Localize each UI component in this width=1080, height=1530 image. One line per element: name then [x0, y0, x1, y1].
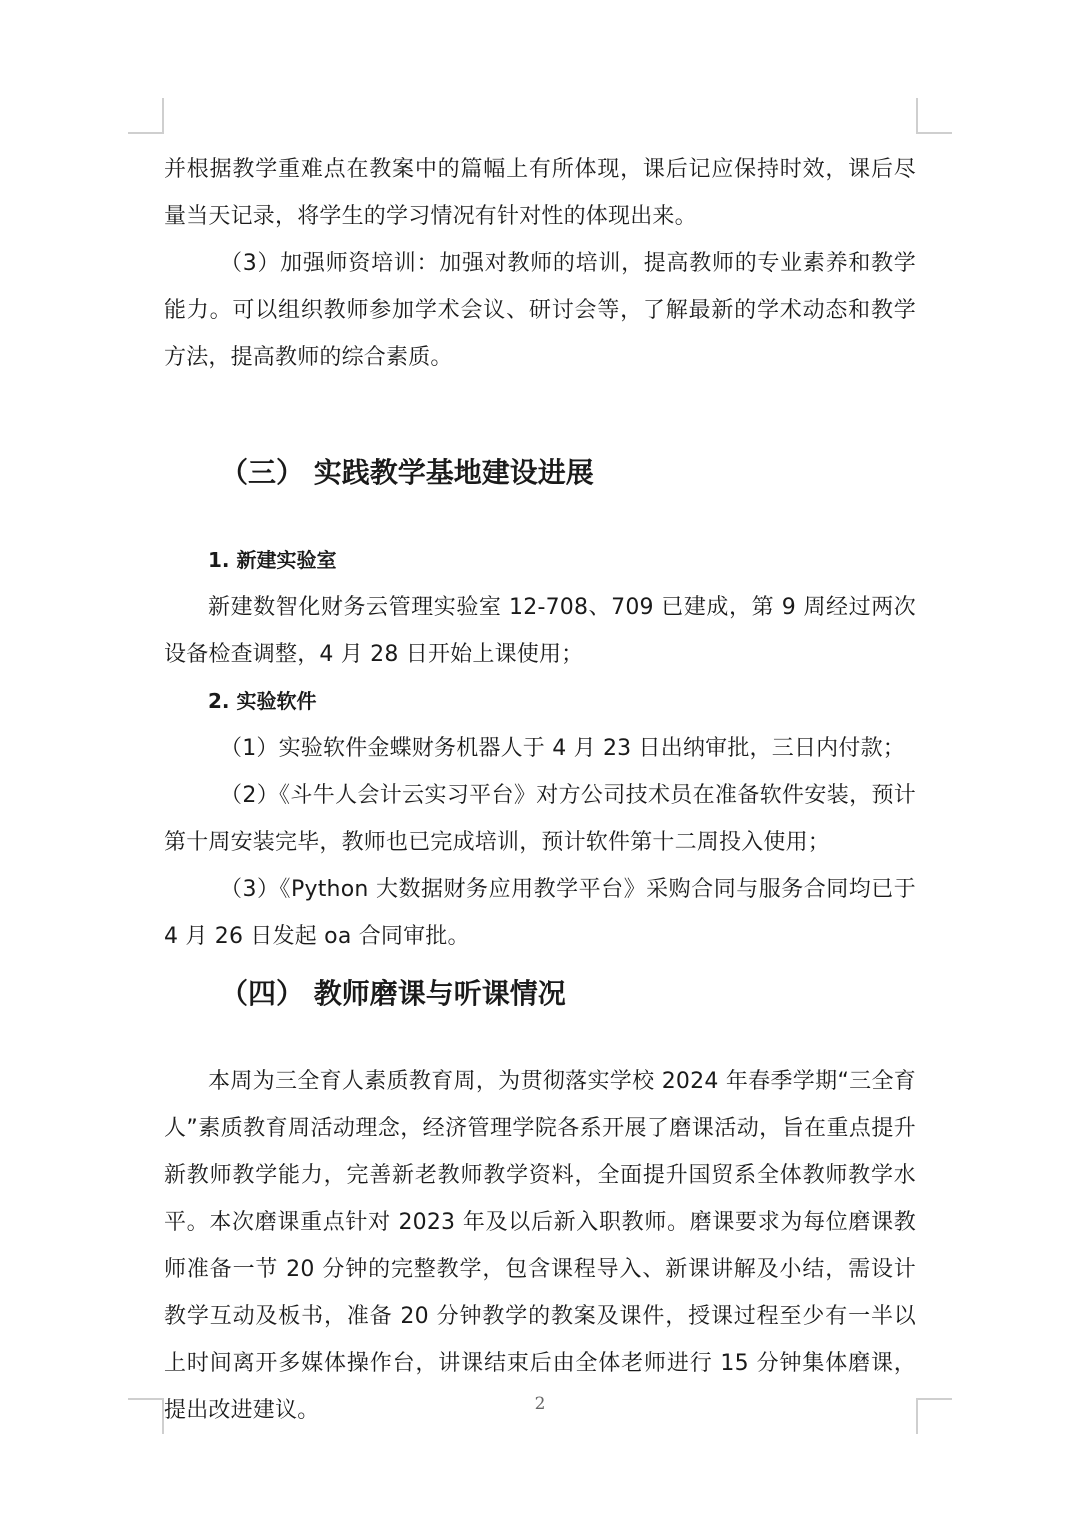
teacher-training-paragraph: （3）加强师资培训：加强对教师的培训，提高教师的专业素养和教学能力。可以组织教师… — [164, 240, 916, 381]
software-item-2: （2）《斗牛人会计云实习平台》对方公司技术员在准备软件安装，预计第十周安装完毕，… — [164, 772, 916, 866]
subsection-new-lab-heading: 1. 新建实验室 — [164, 537, 916, 584]
crop-mark-top-right — [916, 98, 952, 134]
new-lab-paragraph: 新建数智化财务云管理实验室 12-708、709 已建成，第 9 周经过两次设备… — [164, 584, 916, 678]
section-4-heading: （四） 教师磨课与听课情况 — [164, 974, 916, 1014]
page-content: 并根据教学重难点在教案中的篇幅上有所体现，课后记应保持时效，课后尽量当天记录，将… — [164, 146, 916, 1434]
software-item-3: （3）《Python 大数据财务应用教学平台》采购合同与服务合同均已于 4 月 … — [164, 866, 916, 960]
crop-mark-top-left — [128, 98, 164, 134]
continuation-paragraph: 并根据教学重难点在教案中的篇幅上有所体现，课后记应保持时效，课后尽量当天记录，将… — [164, 146, 916, 240]
lesson-polishing-paragraph: 本周为三全育人素质教育周，为贯彻落实学校 2024 年春季学期“三全育人”素质教… — [164, 1058, 916, 1434]
page-number: 2 — [0, 1394, 1080, 1414]
software-item-1: （1）实验软件金蝶财务机器人于 4 月 23 日出纳审批，三日内付款； — [164, 725, 916, 772]
subsection-software-heading: 2. 实验软件 — [164, 678, 916, 725]
section-3-heading: （三） 实践教学基地建设进展 — [164, 453, 916, 493]
